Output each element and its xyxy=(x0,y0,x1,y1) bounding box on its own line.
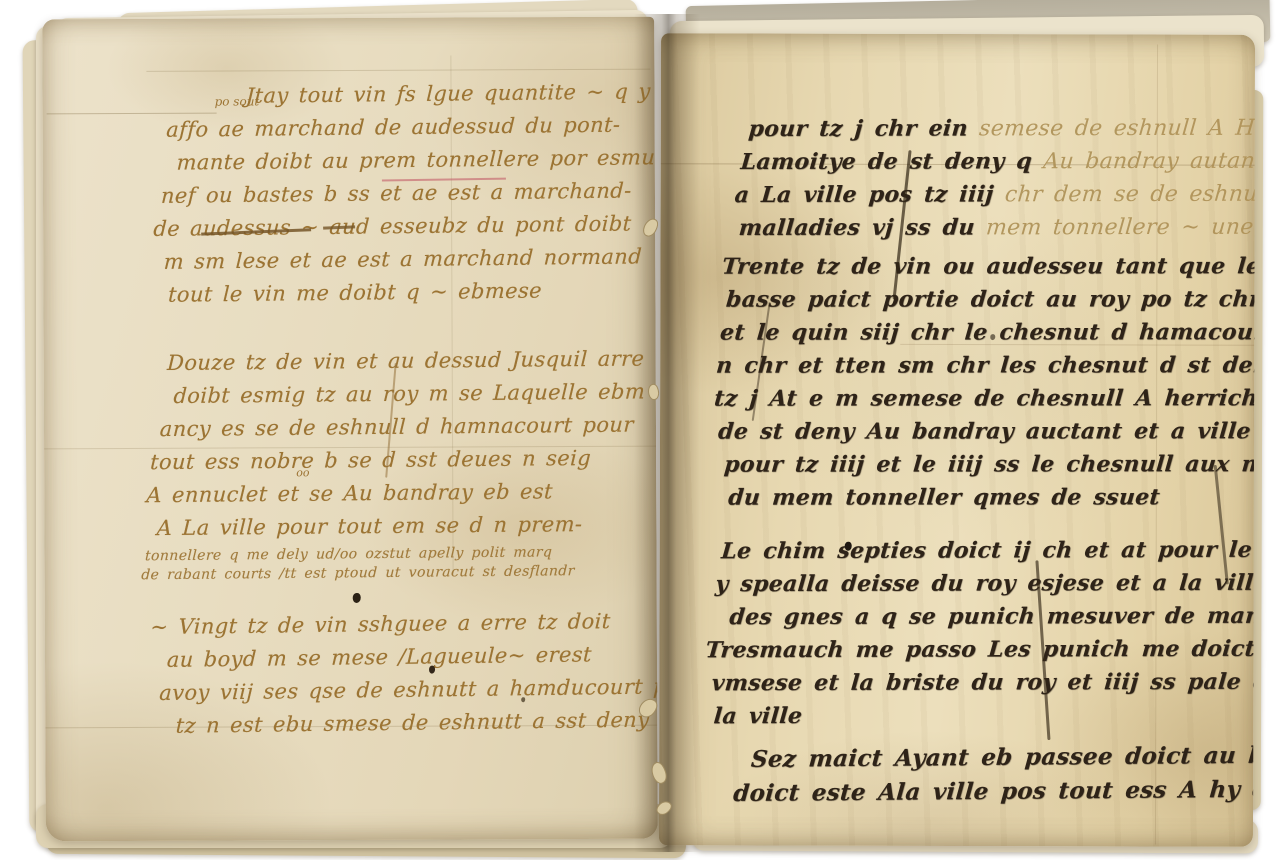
right-page: pour tz j chr ein semese de eshnull A Ha… xyxy=(659,33,1255,847)
manuscript-line: nef ou bastes b ss et ae est a marchand- xyxy=(160,173,657,213)
manuscript-line: Douze tz de vin et au dessud Jusquil arr… xyxy=(166,342,645,380)
left-paragraph-2: Douze tz de vin et au dessud Jusquil arr… xyxy=(167,342,647,585)
manuscript-line: pour tz iiij et le iiij ss le chesnull a… xyxy=(723,448,1255,482)
dark-ink-text: Lamoitye de st deny q xyxy=(740,148,1034,175)
manuscript-line: et le quin siij chr le chesnut d hamacou… xyxy=(719,316,1255,350)
manuscript-line: ancy es se de eshnull d hamnacourt pour xyxy=(159,408,646,446)
manuscript-line: des gnes a q se punich mesuver de mante~ xyxy=(728,599,1255,634)
manuscript-line: Lamoitye de st deny q Au bandray autant xyxy=(739,144,1255,179)
interline-note: po sout xyxy=(215,94,260,108)
manuscript-line: doibt esmig tz au roy m se Laquelle ebm xyxy=(173,375,646,413)
right-paragraph-4: Sez maict Ayant eb passee doict au bord … xyxy=(751,738,1255,811)
manuscript-line: tz n est ebu smese de eshnutt a sst deny xyxy=(175,703,658,742)
manuscript-line: Le chim septies doict ij ch et at pour l… xyxy=(720,533,1255,568)
manuscript-line: a La ville pos tz iiij chr dem se de esh… xyxy=(733,177,1255,212)
right-paragraph-1: pour tz j chr ein semese de eshnull A Ha… xyxy=(749,111,1256,245)
manuscript-line: Jtay tout vin fs lgue quantite ~ q y ait… xyxy=(245,74,658,113)
manuscript-line: tout le vin me doibt q ~ ebmese xyxy=(167,272,657,311)
manuscript-line: y spealla deisse du roy esjese et a la v… xyxy=(714,566,1255,601)
dark-ink-text: a La ville pos tz iiij xyxy=(734,181,995,208)
faded-ink-text: Au bandray autant xyxy=(1031,149,1255,175)
manuscript-line: la ville xyxy=(712,698,1255,733)
manuscript-line: Tresmauch me passo Les punich me doict q… xyxy=(704,632,1255,667)
superscript-note: oo xyxy=(296,466,309,479)
manuscript-line: doict este Ala ville pos tout ess A hy d… xyxy=(732,772,1255,811)
right-paragraph-2: Trente tz de vin ou audesseu tant que le… xyxy=(740,250,1255,515)
ink-blot xyxy=(353,593,361,603)
dark-ink-text: malladies vj ss du xyxy=(738,214,976,241)
left-paragraph-1: Jtay tout vin fs lgue quantite ~ q y ait… xyxy=(166,74,658,311)
left-page: Jtay tout vin fs lgue quantite ~ q y ait… xyxy=(42,17,658,842)
faded-ink-text: semese de eshnull A Hanrich xyxy=(967,116,1255,142)
faded-ink-text: chr dem se de eshnull Auy xyxy=(993,182,1256,208)
manuscript-line: Sez maict Ayant eb passee doict au bord … xyxy=(750,738,1255,777)
manuscript-photo: Jtay tout vin fs lgue quantite ~ q y ait… xyxy=(0,0,1280,860)
manuscript-line: Trente tz de vin ou audesseu tant que le xyxy=(721,250,1255,284)
manuscript-line: tout ess nobre b se d sst deues n seig xyxy=(149,441,646,479)
right-paragraph-3: Le chim septies doict ij ch et at pour l… xyxy=(743,533,1255,733)
manuscript-line: tz j At e m semese de chesnull A herrich… xyxy=(713,382,1255,416)
dark-ink-text: pour tz j chr ein xyxy=(747,115,969,142)
manuscript-line: basse paict portie doict au roy po tz ch… xyxy=(725,283,1255,317)
left-paragraph-3: ~ Vingt tz de vin sshguee a erre tz doit… xyxy=(150,604,658,743)
manuscript-line: n chr et tten sm chr les chesnut d st de… xyxy=(715,349,1255,383)
manuscript-line: mante doibt au prem tonnellere por esmue… xyxy=(176,140,658,179)
faded-ink-text: mem tonnellere ~ une dessme xyxy=(974,214,1255,240)
manuscript-line: du mem tonneller qmes de ssuet xyxy=(727,481,1255,515)
manuscript-line: de st deny Au bandray auctant et a ville xyxy=(717,415,1255,449)
manuscript-line: m sm lese et ae est a marchand normand xyxy=(163,239,658,278)
manuscript-line: pour tz j chr ein semese de eshnull A Ha… xyxy=(747,111,1255,146)
manuscript-line: A ennuclet et se Au bandray eb est xyxy=(146,474,647,512)
manuscript-line: de audessus ~ aud esseubz du pont doibt xyxy=(153,206,658,246)
manuscript-line: affo ae marchand de audessud du pont- xyxy=(166,107,658,146)
manuscript-line: A La ville pour tout em se d n prem- xyxy=(156,507,647,545)
fold-crease xyxy=(146,69,650,72)
manuscript-line: vmsese et la briste du roy et iiij ss pa… xyxy=(710,665,1255,700)
manuscript-line: de rabant courts /tt est ptoud ut vourac… xyxy=(141,561,647,585)
manuscript-line: malladies vj ss du mem tonnellere ~ une … xyxy=(737,210,1255,245)
